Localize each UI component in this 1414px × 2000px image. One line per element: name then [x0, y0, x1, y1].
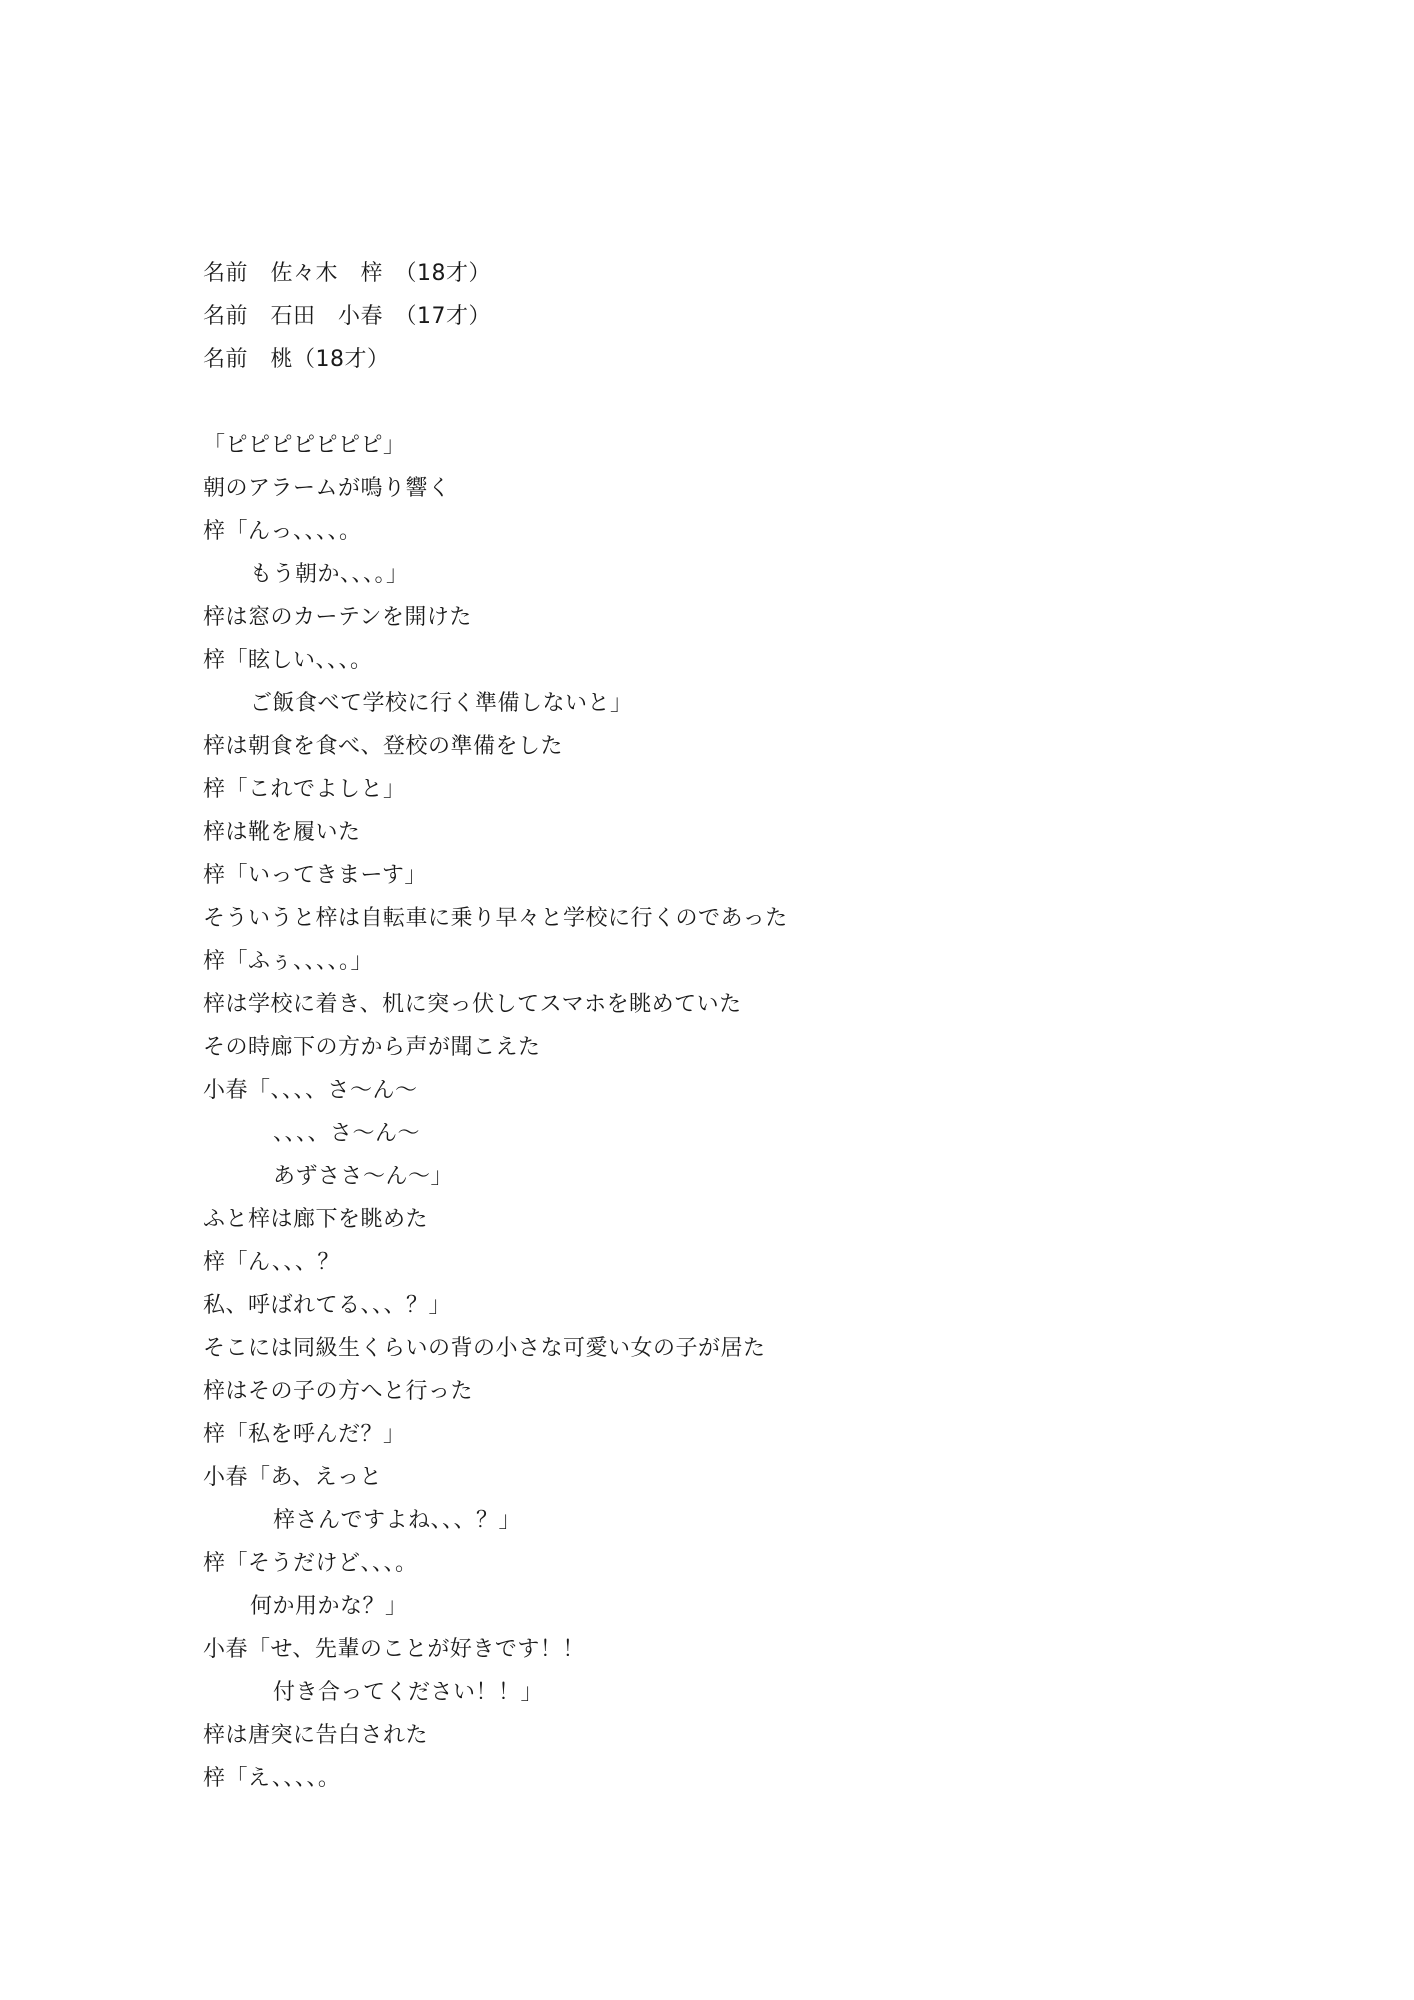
story-line: 朝のアラームが鳴り響く [203, 467, 1213, 510]
story-line: 梓は靴を履いた [203, 811, 1213, 854]
dialogue-line: 梓「そうだけど、、、。 [203, 1542, 1213, 1585]
story-line: 梓は唐突に告白された [203, 1714, 1213, 1757]
character-entry-azusa: 名前 佐々木 梓 （18才） [203, 252, 1213, 295]
document-page: 名前 佐々木 梓 （18才） 名前 石田 小春 （17才） 名前 桃（18才） … [0, 0, 1414, 2000]
dialogue-line: 梓「んっ、、、、。 [203, 510, 1213, 553]
story-line: ふと梓は廊下を眺めた [203, 1198, 1213, 1241]
story-line: 梓は窓のカーテンを開けた [203, 596, 1213, 639]
dialogue-line: 梓「いってきまーす」 [203, 854, 1213, 897]
dialogue-line: 梓「え、、、、。 [203, 1757, 1213, 1800]
dialogue-continuation: ご飯食べて学校に行く準備しないと」 [203, 682, 1213, 725]
blank-line [203, 381, 1213, 424]
story-line: 梓は学校に着き、机に突っ伏してスマホを眺めていた [203, 983, 1213, 1026]
dialogue-line: 梓「ふぅ、、、、。」 [203, 940, 1213, 983]
story-line: そこには同級生くらいの背の小さな可愛い女の子が居た [203, 1327, 1213, 1370]
dialogue-continuation: もう朝か、、、。」 [203, 553, 1213, 596]
dialogue-line: 小春「、、、、さ〜ん〜 [203, 1069, 1213, 1112]
dialogue-continuation: 、、、、さ〜ん〜 [203, 1112, 1213, 1155]
story-line: 梓はその子の方へと行った [203, 1370, 1213, 1413]
dialogue-continuation: あずささ〜ん〜」 [203, 1155, 1213, 1198]
story-line: そういうと梓は自転車に乗り早々と学校に行くのであった [203, 897, 1213, 940]
dialogue-continuation: 梓さんですよね、、、？」 [203, 1499, 1213, 1542]
dialogue-continuation: 何か用かな？」 [203, 1585, 1213, 1628]
dialogue-line: 梓「私を呼んだ？」 [203, 1413, 1213, 1456]
dialogue-line: 小春「あ、えっと [203, 1456, 1213, 1499]
dialogue-continuation: 私、呼ばれてる、、、？」 [203, 1284, 1213, 1327]
character-entry-momo: 名前 桃（18才） [203, 338, 1213, 381]
story-line: 梓は朝食を食べ、登校の準備をした [203, 725, 1213, 768]
story-line: 「ピピピピピピピ」 [203, 424, 1213, 467]
dialogue-line: 梓「これでよしと」 [203, 768, 1213, 811]
dialogue-continuation: 付き合ってください！！」 [203, 1671, 1213, 1714]
document-body: 名前 佐々木 梓 （18才） 名前 石田 小春 （17才） 名前 桃（18才） … [203, 252, 1213, 1800]
character-entry-koharu: 名前 石田 小春 （17才） [203, 295, 1213, 338]
dialogue-line: 梓「ん、、、？ [203, 1241, 1213, 1284]
story-line: その時廊下の方から声が聞こえた [203, 1026, 1213, 1069]
dialogue-line: 小春「せ、先輩のことが好きです！！ [203, 1628, 1213, 1671]
dialogue-line: 梓「眩しい、、、。 [203, 639, 1213, 682]
